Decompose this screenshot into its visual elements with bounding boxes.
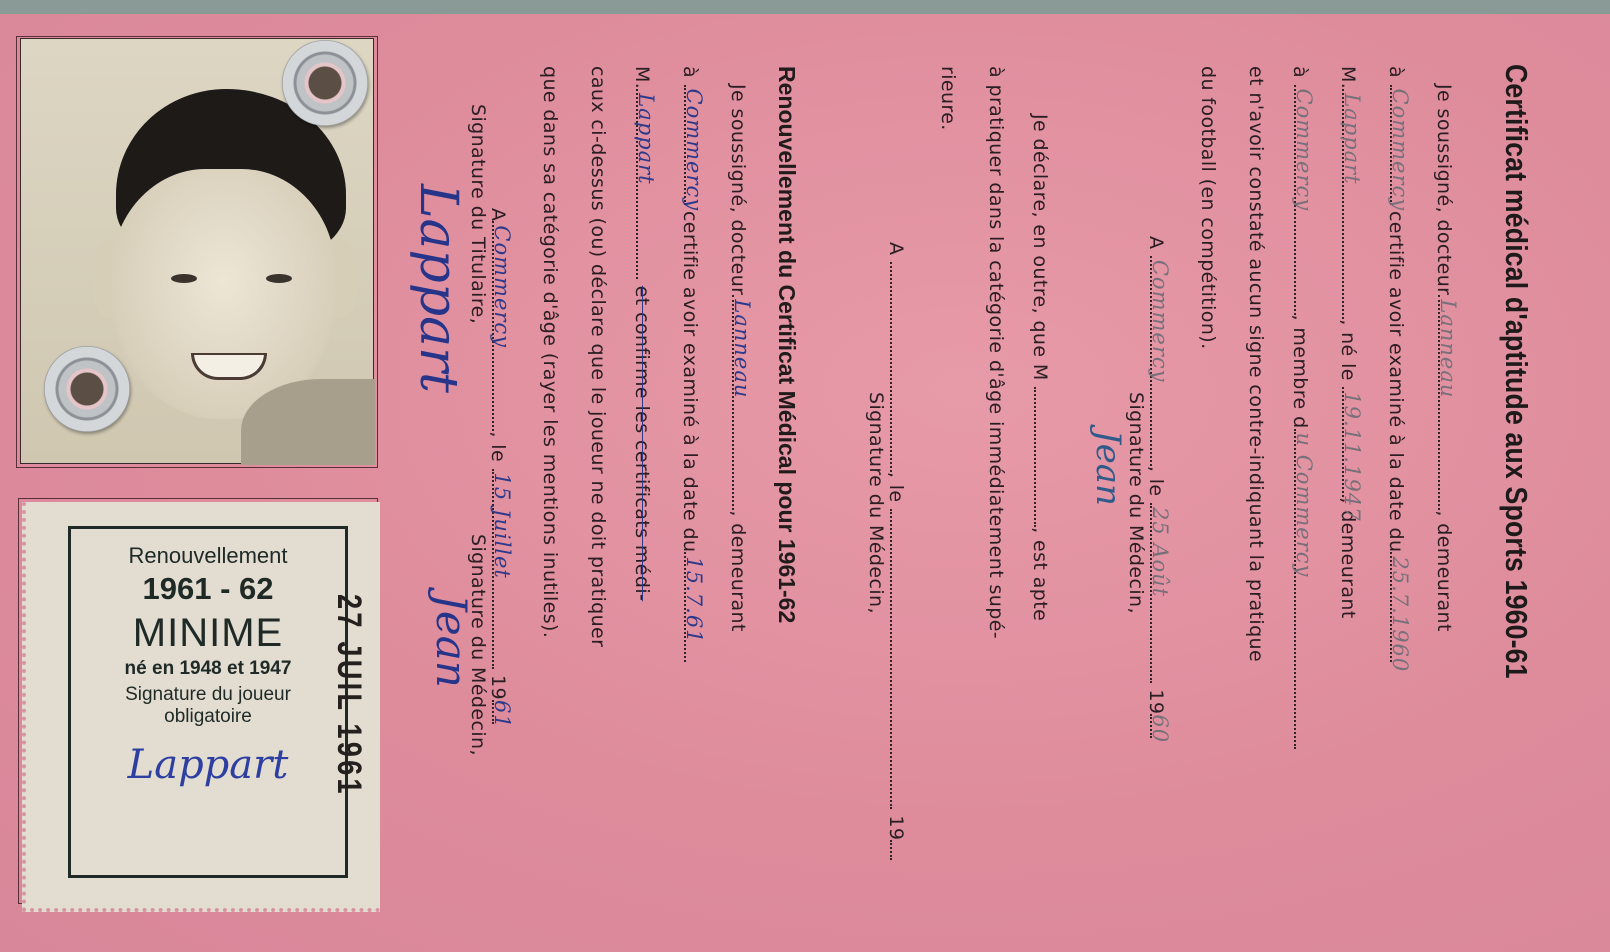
cert-line-6: du football (en compétition).	[1208, 66, 1218, 350]
stamp-box: Renouvellement 1961 - 62 MINIME né en 19…	[68, 526, 348, 878]
photo-eye-right	[266, 274, 292, 283]
player-signature: Lappart	[71, 742, 345, 788]
handwritten-exam-date: 25.7.1960	[1390, 556, 1410, 672]
holder-signature: Lappart	[408, 184, 468, 393]
grommet-icon	[44, 346, 130, 432]
renewal-line-4: caux ci-dessus (ou) déclare que le joueu…	[598, 66, 608, 647]
photo-eye-left	[171, 274, 197, 283]
date-stamp: 27 JUIL 1961	[329, 594, 368, 797]
doctor-signature-1: Jean	[1088, 430, 1128, 506]
cert-line-7: A Commercy, le 25 Août 1960	[1160, 236, 1170, 738]
declaration-line-2: à pratiquer dans la catégorie d'âge immé…	[996, 66, 1006, 639]
handwritten-birth-date: 19.11.1947	[1342, 391, 1362, 521]
declaration-line-4: A , le 19	[900, 242, 910, 860]
handwritten-place: Commercy	[1150, 260, 1170, 383]
renewal-line-5: que dans sa catégorie d'âge (rayer les m…	[550, 66, 560, 638]
cert-line-1: Je soussigné, docteurLanneau, demeurant	[1448, 84, 1458, 632]
handwritten-club: u Commercy	[1294, 433, 1314, 578]
cert-line-3: M.Lappart, né le 19.11.1947, demeurant	[1352, 66, 1362, 619]
stamp-born-years: né en 1948 et 1947	[71, 658, 345, 680]
handwritten-doctor-name-2: Lanneau	[732, 299, 752, 398]
handwritten-doctor-name: Lanneau	[1438, 299, 1458, 398]
renewal-line-1: Je soussigné, docteurLanneau, demeurant	[742, 84, 752, 632]
stamp-renewal-label: Renouvellement	[71, 543, 345, 569]
handwritten-sign-date: 25 Août	[1150, 507, 1170, 597]
cert-line-4: à Commercy, membre du Commercy	[1304, 66, 1314, 749]
cert-line-5: et n'avoir constaté aucun signe contre-i…	[1256, 66, 1266, 662]
declaration-line-1: Je déclare, en outre, que M , est apte	[1044, 114, 1054, 621]
stamp-season: 1961 - 62	[71, 571, 345, 607]
renewal-line-3: M.Lappart et confirme les certificats mé…	[646, 66, 656, 601]
declaration-line-3: rieure.	[948, 66, 958, 131]
doctor-signature-label-3: Signature du Médecin,	[478, 534, 488, 756]
doctor-signature-2: Jean	[427, 594, 476, 688]
renewal-title: Renouvellement du Certificat Médical pou…	[790, 66, 800, 623]
medical-certificate-card: Certificat médical d'aptitude aux Sports…	[0, 14, 1610, 952]
renewal-line-6: ACommercy, le 15 Juillet 1961	[502, 208, 512, 724]
holder-signature-label: Signature du Titulaire,	[478, 104, 488, 324]
stamp-category: MINIME	[71, 611, 345, 656]
stamp-signature-note: Signature du joueur obligatoire	[71, 684, 345, 728]
cert-line-2: à Commercy certifie avoir examiné à la d…	[1400, 66, 1410, 662]
handwritten-renewal-exam-date: 15.7.61	[684, 556, 704, 643]
handwritten-renewal-date: 15 Juillet	[492, 473, 512, 579]
grommet-icon	[282, 40, 368, 126]
renewal-stamp: Renouvellement 1961 - 62 MINIME né en 19…	[22, 502, 380, 912]
certificate-title: Certificat médical d'aptitude aux Sports…	[1524, 64, 1534, 679]
renewal-line-2: à Commercy certifie avoir examiné à la d…	[694, 66, 704, 662]
doctor-signature-label-2: Signature du Médecin,	[876, 392, 886, 614]
handwritten-player-name: Lappart	[1342, 93, 1362, 184]
doctor-signature-label-1: Signature du Médecin,	[1136, 392, 1146, 614]
